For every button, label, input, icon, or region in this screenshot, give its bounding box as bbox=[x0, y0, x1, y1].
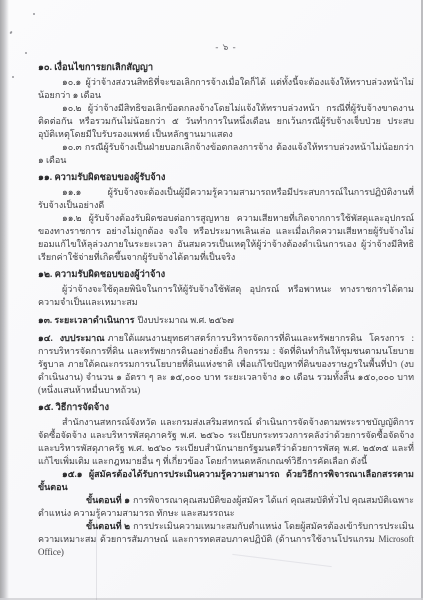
clause-15-1: ๑๕.๑ ผู้สมัครต้องได้รับการประเมินความรู้… bbox=[38, 468, 414, 494]
scan-speck bbox=[25, 52, 27, 54]
clause-15-body: สำนักงานสหกรณ์จังหวัด และกรมส่งเสริมสหกร… bbox=[38, 416, 414, 468]
clause-10-2: ๑๐.๒ ผู้ว่าจ้างมีสิทธิขอเลิกข้อตกลงจ้างโ… bbox=[38, 102, 414, 141]
page-number: - ๖ - bbox=[38, 40, 414, 54]
scan-speck bbox=[9, 31, 12, 35]
clause-10-3: ๑๐.๓ กรณีผู้รับจ้างเป็นฝ่ายบอกเลิกจ้างข้… bbox=[38, 141, 414, 167]
step-2-label: ขั้นตอนที่ ๒ bbox=[86, 521, 130, 531]
section-heading: ๑๐. เงื่อนไขการยกเลิกสัญญา bbox=[38, 62, 414, 75]
section-15-hiring-method: ๑๕. วิธีการจัดจ้าง สำนักงานสหกรณ์จังหวัด… bbox=[38, 402, 414, 559]
section-13-timeline: ๑๓. ระยะเวลาดำเนินการปีงบประมาณ พ.ศ. ๒๕๖… bbox=[38, 314, 414, 327]
scan-speck bbox=[33, 13, 35, 15]
section-12-employer-responsibility: ๑๒. ความรับผิดชอบของผู้ว่าจ้าง ผู้ว่าจ้า… bbox=[38, 269, 414, 309]
step-2: ขั้นตอนที่ ๒การประเมินความเหมาะสมกับตำแห… bbox=[38, 520, 414, 559]
document-content: - ๖ - ๑๐. เงื่อนไขการยกเลิกสัญญา ๑๐.๑ ผู… bbox=[38, 40, 414, 559]
clause-12-body: ผู้ว่าจ้างจะใช้ดุลยพินิจในการให้ผู้รับจ้… bbox=[38, 283, 414, 309]
section-10-contract-cancellation: ๑๐. เงื่อนไขการยกเลิกสัญญา ๑๐.๑ ผู้ว่าจ้… bbox=[38, 62, 414, 167]
scan-edge-shadow-left bbox=[0, 0, 9, 600]
clause-10-1: ๑๐.๑ ผู้ว่าจ้างสงวนสิทธิที่จะขอเลิกการจ้… bbox=[38, 76, 414, 102]
step-1-label: ขั้นตอนที่ ๑ bbox=[86, 495, 130, 505]
section-11-contractor-responsibility: ๑๑. ความรับผิดชอบของผู้รับจ้าง ๑๑.๑ ผู้ร… bbox=[38, 172, 414, 264]
clause-15-1-text: ๑๕.๑ ผู้สมัครต้องได้รับการประเมินความรู้… bbox=[38, 469, 414, 492]
section-heading: ๑๑. ความรับผิดชอบของผู้รับจ้าง bbox=[38, 172, 414, 185]
section-heading: ๑๒. ความรับผิดชอบของผู้ว่าจ้าง bbox=[38, 269, 414, 282]
step-1: ขั้นตอนที่ ๑การพิจารณาคุณสมบัติของผู้สมั… bbox=[38, 494, 414, 520]
clause-11-2: ๑๑.๒ ผู้รับจ้างต้องรับผิดชอบต่อการสูญหาย… bbox=[38, 212, 414, 264]
section-inline-text: ปีงบประมาณ พ.ศ. ๒๕๖๗ bbox=[137, 315, 233, 325]
section-heading: ๑๓. ระยะเวลาดำเนินการ bbox=[38, 315, 134, 325]
section-heading: ๑๕. วิธีการจัดจ้าง bbox=[38, 402, 414, 415]
scanned-document-page: - ๖ - ๑๐. เงื่อนไขการยกเลิกสัญญา ๑๐.๑ ผู… bbox=[0, 0, 423, 600]
clause-11-1: ๑๑.๑ ผู้รับจ้างจะต้องเป็นผู้มีความรู้ควา… bbox=[38, 186, 414, 212]
scan-speck bbox=[12, 76, 14, 78]
section-14-budget: ๑๔. งบประมาณภายใต้แผนงานยุทธศาสตร์การบริ… bbox=[38, 332, 414, 397]
section-heading: ๑๔. งบประมาณ bbox=[38, 333, 105, 343]
